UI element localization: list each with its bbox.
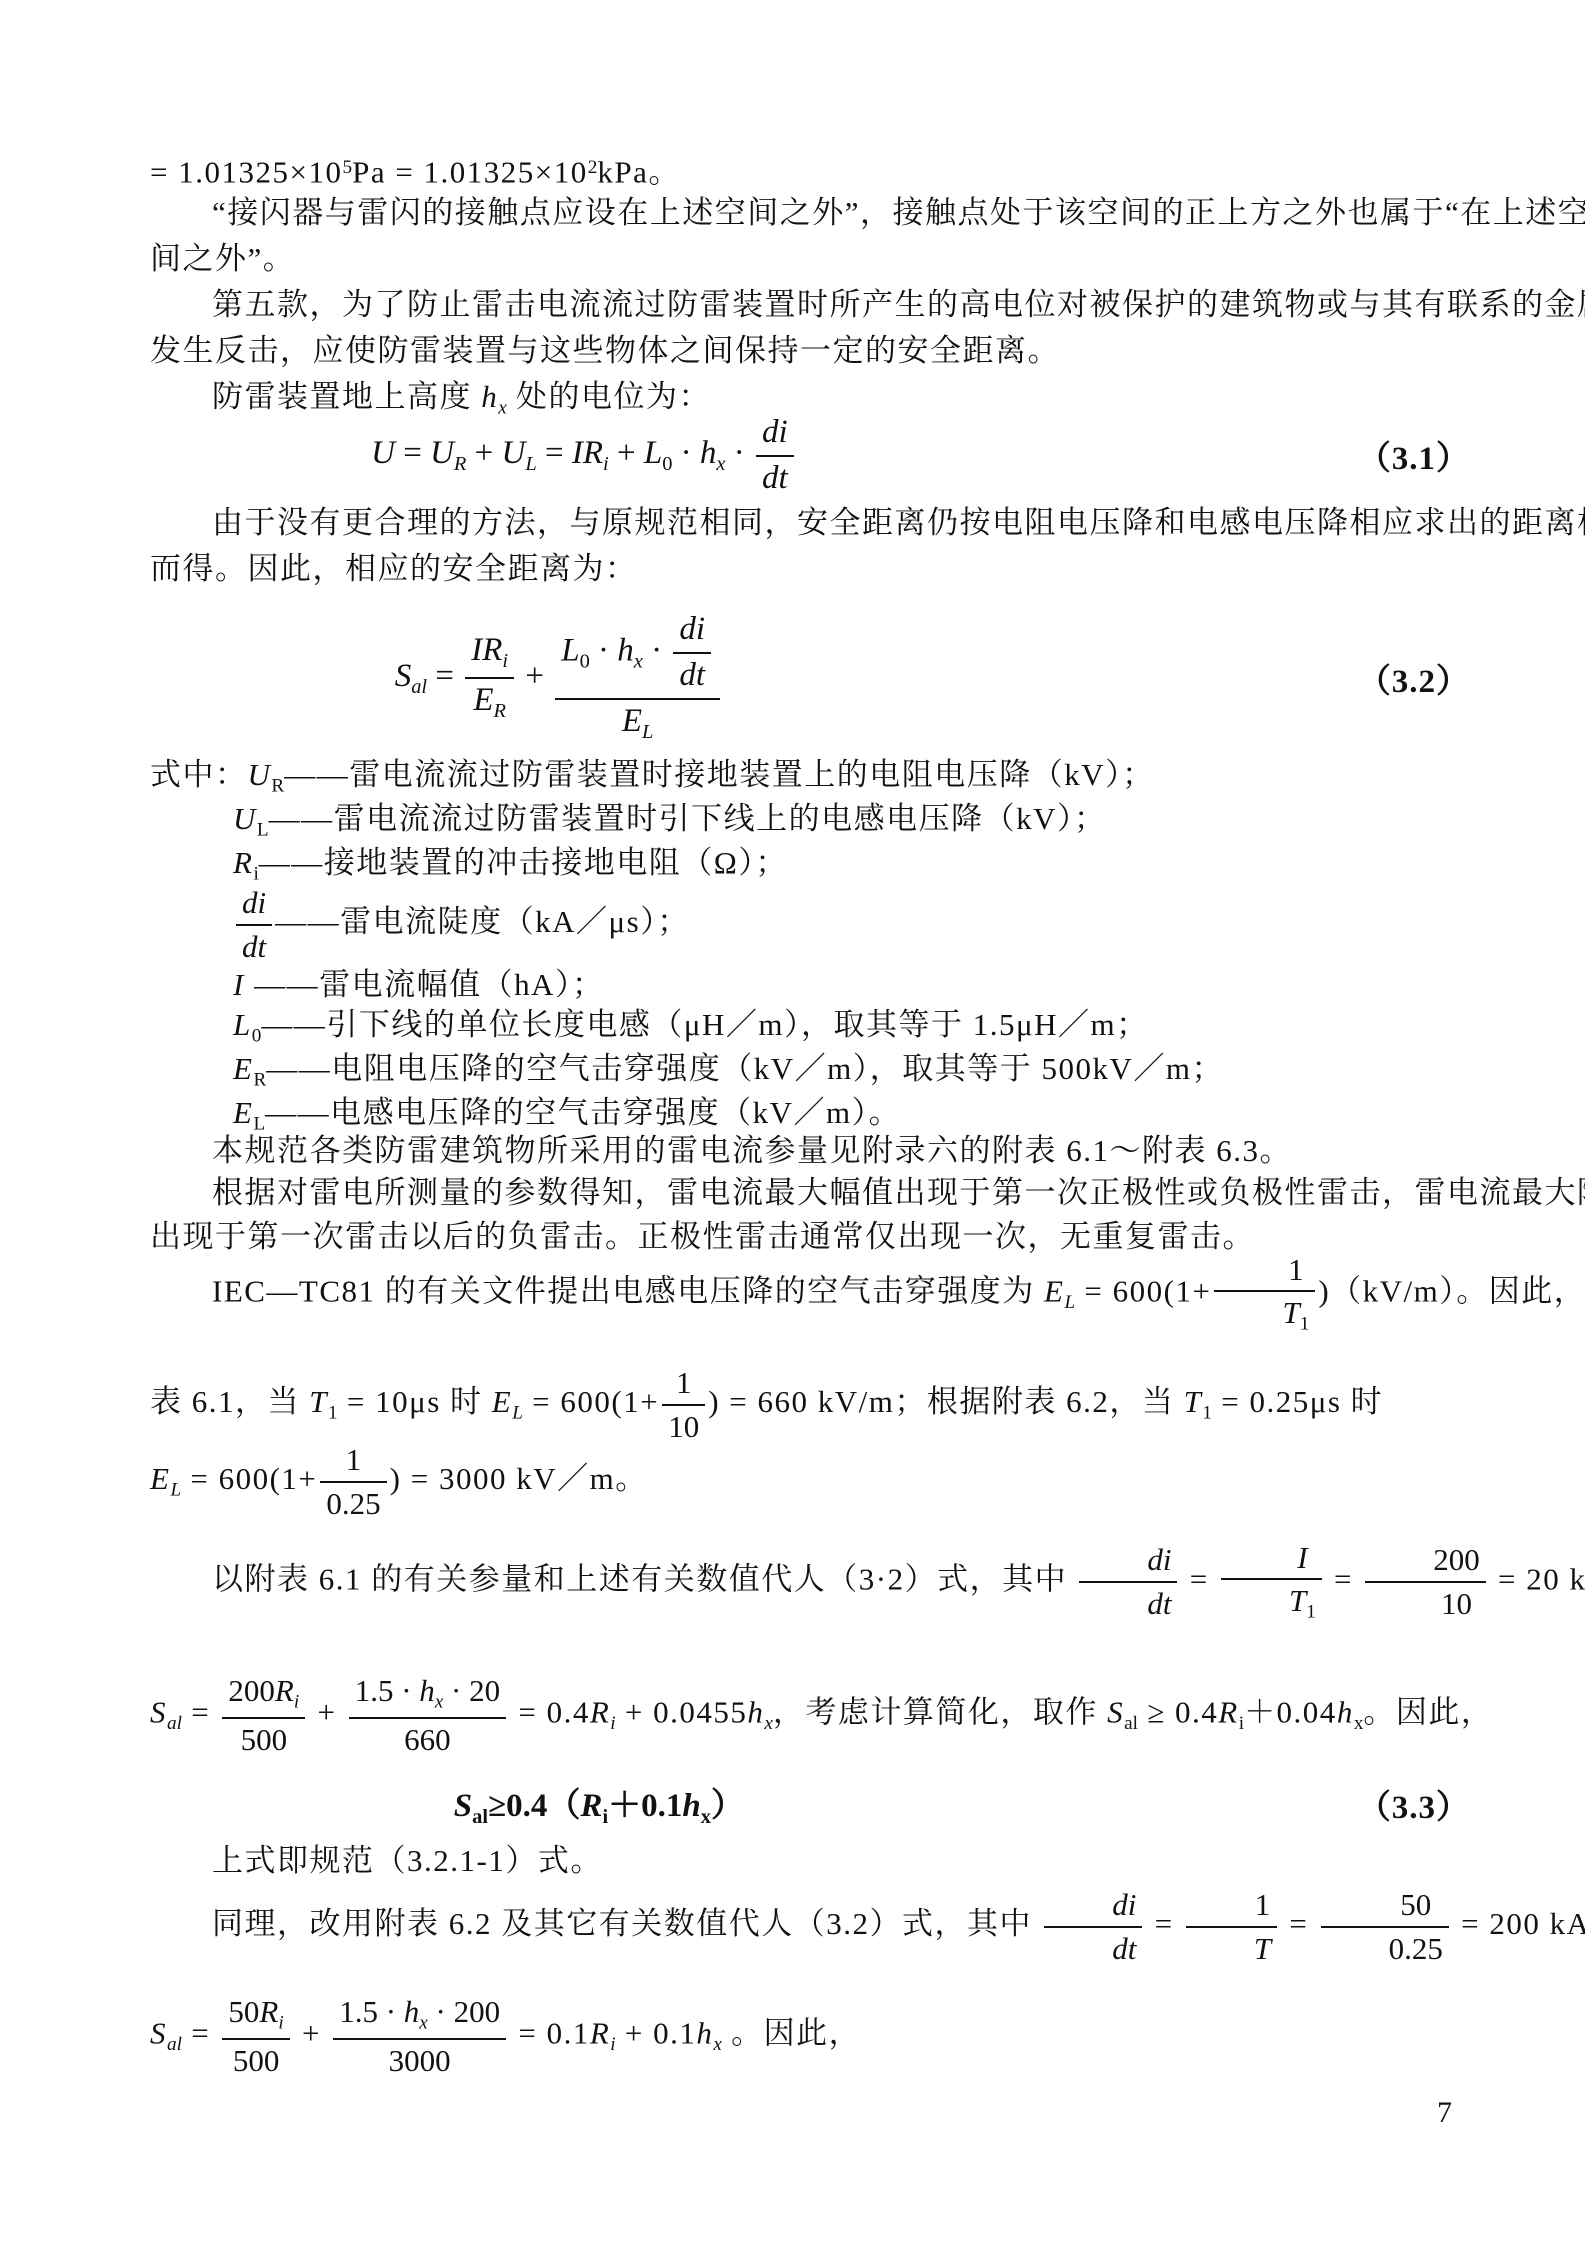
text-token: 10 <box>668 1409 699 1444</box>
text-token: = 20 kA/μs，得 <box>1489 1561 1585 1596</box>
text-token: = 600(1+ <box>181 1461 317 1496</box>
text-token: = <box>537 435 572 471</box>
fraction: 1T <box>1186 1887 1277 1966</box>
denominator: ER <box>465 677 514 724</box>
text-token: ——引下线的单位长度电感（μH／m），取其等于 1.5μH／m； <box>261 1007 1148 1042</box>
text-token: + <box>517 658 552 694</box>
subscript-token: x <box>713 2034 722 2055</box>
subscript-token: L <box>170 1480 181 1501</box>
text-token: = 0.4 <box>509 1694 590 1729</box>
text-token: ——雷电流流过防雷装置时引下线上的电感电压降（kV）； <box>269 801 1107 836</box>
numerator: 200Ri <box>222 1673 305 1717</box>
text-token: 1.5 · <box>355 1673 420 1708</box>
italic-token: E <box>473 682 493 718</box>
text-token: 1 <box>1288 1252 1304 1287</box>
subscript-token: al <box>411 676 427 698</box>
denominator: 3000 <box>333 2038 506 2079</box>
equation-3-3-row: Sal≥0.4（Ri＋0.1hx） （3.3） <box>150 1782 1470 1827</box>
body-line-clause5-1: 第五款，为了防止雷击电流流过防雷装置时所产生的高电位对被保护的建筑物或与其有联系… <box>150 282 1470 327</box>
italic-token: dt <box>679 657 705 693</box>
italic-token: S <box>150 2015 167 2050</box>
text-token: 。因此， <box>1363 1694 1493 1729</box>
italic-token: T <box>1184 1384 1203 1419</box>
italic-token: di <box>1112 1887 1136 1922</box>
body-line-sal-calc-2: Sal = 50Ri500 + 1.5 · hx · 2003000 = 0.1… <box>150 1990 1470 2082</box>
subscript-token: x <box>1354 1713 1364 1734</box>
italic-token: dt <box>242 929 266 964</box>
numerator: 200 <box>1365 1542 1486 1581</box>
text-token: 3000 <box>389 2043 451 2078</box>
subscript-token: i <box>294 1691 299 1712</box>
fraction: 20010 <box>1365 1542 1486 1621</box>
text-token: = 600(1+ <box>523 1384 659 1419</box>
equation-3-3: Sal≥0.4（Ri＋0.1hx） <box>150 1779 1358 1829</box>
denominator: T1 <box>1221 1578 1322 1624</box>
body-line-method-1: 由于没有更合理的方法，与原规范相同，安全距离仍按电阻电压降和电感电压降相应求出的… <box>150 500 1470 545</box>
fraction: 1.5 · hx · 2003000 <box>333 1994 506 2078</box>
text-token: = <box>1325 1561 1362 1596</box>
italic-token: di <box>1147 1542 1171 1577</box>
subscript-token: L <box>257 820 269 841</box>
italic-token: R <box>233 845 253 880</box>
fraction: L0 · hx · didtEL <box>555 611 720 745</box>
subscript-token: x <box>701 1807 711 1829</box>
text-token: 表 6.1，当 <box>150 1384 309 1419</box>
text-token: = <box>395 435 430 471</box>
text-token: 660 <box>404 1722 451 1757</box>
fraction: didt <box>673 611 711 695</box>
italic-token: h <box>1337 1694 1354 1729</box>
text-token: 1 <box>676 1365 692 1400</box>
equation-3-2-row: Sal = IRiER + L0 · hx · didtEL （3.2） <box>150 588 1470 768</box>
subscript-token: al <box>167 2034 182 2055</box>
fraction: didt <box>1079 1542 1177 1621</box>
subscript-token: R <box>454 453 466 475</box>
italic-token: dt <box>1147 1586 1171 1621</box>
equation-3-1-number: （3.1） <box>1358 432 1470 479</box>
text-token: = <box>427 658 462 694</box>
text-token: 同理，改用附表 6.2 及其它有关数值代人（3.2）式，其中 <box>212 1906 1041 1941</box>
numerator: di <box>756 414 794 455</box>
equation-3-1: U = UR + UL = IRi + L0 · hx · didt <box>150 414 1358 498</box>
subscript-token: 1 <box>328 1403 338 1424</box>
italic-token: di <box>679 611 705 647</box>
body-line-table61-calc: 表 6.1，当 T1 = 10μs 时 EL = 600(1+110) = 66… <box>150 1362 1470 1448</box>
text-token: 式中： <box>150 757 248 792</box>
subscript-token: 1 <box>1202 1403 1212 1424</box>
text-token: = 10μs 时 <box>338 1384 492 1419</box>
italic-token: di <box>762 414 788 450</box>
text-token: ——电阻电压降的空气击穿强度（kV／m），取其等于 500kV／m； <box>266 1051 1224 1086</box>
denominator: dt <box>236 924 272 965</box>
definition-didt: didt——雷电流陡度（kA／μs）； <box>233 880 1470 970</box>
italic-token: h <box>404 1994 420 2029</box>
body-line-pressure-conversion: = 1.01325×105Pa = 1.01325×102kPa。 <box>150 145 1470 195</box>
text-token: = <box>1280 1906 1317 1941</box>
text-token: )（kV/m）。因此，根据附 <box>1318 1273 1585 1308</box>
subscript-token: i <box>278 2012 283 2033</box>
body-line-quote-1: “接闪器与雷闪的接触点应设在上述空间之外”，接触点处于该空间的正上方之外也属于“… <box>150 190 1470 235</box>
subscript-token: x <box>764 1713 773 1734</box>
italic-token: L <box>233 1007 252 1042</box>
fraction: didt <box>756 414 794 498</box>
italic-token: U <box>371 435 395 471</box>
text-token: ≥0.4（ <box>488 1788 580 1824</box>
text-token: = <box>1180 1561 1217 1596</box>
denominator: dt <box>1044 1926 1142 1967</box>
body-line-el-3000: EL = 600(1+10.25) = 3000 kV／m。 <box>150 1440 1470 1524</box>
body-line-sal-calc-1: Sal = 200Ri500 + 1.5 · hx · 20660 = 0.4R… <box>150 1672 1470 1758</box>
italic-token: dt <box>1112 1931 1136 1966</box>
denominator: 660 <box>349 1717 506 1758</box>
text-token: + <box>466 435 501 471</box>
subscript-token: R <box>494 700 506 722</box>
text-token: = <box>1145 1906 1182 1941</box>
page-number: 7 <box>1437 2096 1452 2130</box>
subscript-token: i <box>502 650 508 672</box>
text-token: 500 <box>241 1722 288 1757</box>
denominator: EL <box>555 698 720 745</box>
numerator: di <box>1044 1887 1142 1926</box>
italic-token: IR <box>572 435 603 471</box>
subscript-token: al <box>472 1807 488 1829</box>
text-token: IEC—TC81 的有关文件提出电感电压降的空气击穿强度为 <box>212 1273 1044 1308</box>
equation-3-2-number: （3.2） <box>1358 655 1470 702</box>
body-line-measurement-1: 根据对雷电所测量的参数得知，雷电流最大幅值出现于第一次正极性或负极性雷击，雷电流… <box>150 1170 1470 1215</box>
text-token: + 0.0455 <box>616 1694 748 1729</box>
text-token: 200 <box>228 1673 275 1708</box>
body-line-appendix-ref: 本规范各类防雷建筑物所采用的雷电流参量见附录六的附表 6.1～附表 6.3。 <box>150 1128 1470 1173</box>
text-token: ——电感电压降的空气击穿强度（kV／m）。 <box>265 1095 901 1130</box>
text-token: ≥ 0.4 <box>1138 1694 1218 1729</box>
italic-token: U <box>430 435 454 471</box>
subscript-token: L <box>642 721 653 743</box>
body-line-substitute-62: 同理，改用附表 6.2 及其它有关数值代人（3.2）式，其中 didt = 1T… <box>150 1884 1470 1970</box>
subscript-token: 1 <box>1306 1602 1316 1623</box>
denominator: dt <box>1079 1581 1177 1622</box>
numerator: 50Ri <box>222 1994 289 2038</box>
text-token: · <box>725 435 753 471</box>
italic-token: h <box>419 1673 435 1708</box>
italic-token: R <box>580 1788 602 1824</box>
text-token: · <box>643 633 671 669</box>
subscript-token: R <box>253 1070 266 1091</box>
italic-token: IR <box>471 632 502 668</box>
equation-3-1-row: U = UR + UL = IRi + L0 · hx · didt （3.1） <box>150 408 1470 503</box>
text-token: ——接地装置的冲击接地电阻（Ω）； <box>259 845 788 880</box>
text-token: · <box>672 435 700 471</box>
subscript-token: 0 <box>662 453 672 475</box>
text-token: · 200 <box>428 1994 500 2029</box>
denominator: 10 <box>1365 1581 1486 1622</box>
italic-token: T <box>1282 1295 1299 1330</box>
subscript-token: 0 <box>252 1026 262 1047</box>
text-token: 200 <box>1433 1542 1480 1577</box>
equation-3-2: Sal = IRiER + L0 · hx · didtEL <box>150 611 1358 745</box>
text-token: ） <box>711 1788 744 1824</box>
text-token: 500 <box>233 2043 280 2078</box>
text-token: 0.25 <box>1389 1931 1443 1966</box>
text-token: ，考虑计算简化，取作 <box>773 1694 1107 1729</box>
italic-token: h <box>700 435 717 471</box>
italic-token: R <box>275 1673 294 1708</box>
document-page: = 1.01325×105Pa = 1.01325×102kPa。 “接闪器与雷… <box>0 0 1585 2244</box>
numerator: 50 <box>1321 1887 1449 1926</box>
subscript-token: 0 <box>580 651 590 673</box>
italic-token: T <box>1254 1931 1271 1966</box>
text-token: 50 <box>1400 1887 1431 1922</box>
text-token: · <box>590 633 618 669</box>
denominator: 500 <box>222 2038 289 2079</box>
text-token: + <box>308 1694 345 1729</box>
italic-token: U <box>233 801 257 836</box>
text-token: ——雷电流幅值（hA）； <box>245 967 605 1002</box>
subscript-token: R <box>271 776 284 797</box>
text-token: + <box>609 435 644 471</box>
text-token: Pa = 1.01325×10 <box>352 155 588 190</box>
text-token: ) = 660 kV/m；根据附表 6.2，当 <box>708 1384 1183 1419</box>
fraction: didt <box>1044 1887 1142 1966</box>
italic-token: T <box>1289 1583 1306 1618</box>
superscript-token: 5 <box>342 157 352 178</box>
denominator: dt <box>756 455 794 498</box>
subscript-token: 1 <box>1300 1314 1310 1335</box>
text-token: = <box>182 2015 219 2050</box>
text-token: 50 <box>228 1994 259 2029</box>
italic-token: E <box>622 703 642 739</box>
text-token: ——雷电流流过防雷装置时接地装置上的电阻电压降（kV）； <box>284 757 1154 792</box>
superscript-token: 2 <box>588 157 598 178</box>
fraction: didt <box>236 885 272 964</box>
subscript-token: al <box>167 1713 182 1734</box>
text-token: 1 <box>1255 1887 1271 1922</box>
italic-token: L <box>644 435 662 471</box>
text-token: 1 <box>346 1442 362 1477</box>
italic-token: h <box>747 1694 764 1729</box>
text-token: ——雷电流陡度（kA／μs）； <box>275 904 690 939</box>
subscript-token: x <box>634 651 643 673</box>
equation-3-3-number: （3.3） <box>1358 1781 1470 1828</box>
body-line-quote-2: 间之外”。 <box>150 236 1470 281</box>
italic-token: S <box>454 1788 472 1824</box>
text-token: = 1.01325×10 <box>150 155 342 190</box>
italic-token: h <box>682 1788 700 1824</box>
numerator: 1.5 · hx · 20 <box>349 1673 506 1717</box>
italic-token: U <box>502 435 526 471</box>
italic-token: h <box>696 2015 713 2050</box>
text-token: ＋0.1 <box>608 1788 682 1824</box>
italic-token: dt <box>762 460 788 496</box>
italic-token: E <box>233 1095 253 1130</box>
numerator: 1 <box>320 1442 386 1481</box>
fraction: 500.25 <box>1321 1887 1449 1966</box>
text-token: ) = 3000 kV／m。 <box>390 1461 648 1496</box>
text-token: 以附表 6.1 的有关参量和上述有关数值代人（3·2）式，其中 <box>212 1561 1076 1596</box>
definition-I: I ——雷电流幅值（hA）； <box>233 962 1470 1007</box>
denominator: T <box>1186 1926 1277 1967</box>
numerator: 1 <box>662 1365 705 1404</box>
italic-token: S <box>1107 1694 1124 1729</box>
denominator: 10 <box>662 1404 705 1445</box>
denominator: 0.25 <box>1321 1926 1449 1967</box>
fraction: IT1 <box>1221 1540 1322 1624</box>
subscript-token: x <box>419 2012 428 2033</box>
fraction: IRiER <box>465 632 514 723</box>
text-token: = <box>182 1694 219 1729</box>
subscript-token: L <box>512 1403 523 1424</box>
fraction: 50Ri500 <box>222 1994 289 2078</box>
italic-token: I <box>233 967 245 1002</box>
body-line-clause5-2: 发生反击，应使防雷装置与这些物体之间保持一定的安全距离。 <box>150 328 1470 373</box>
text-token: 0.25 <box>326 1486 380 1521</box>
subscript-token: L <box>1064 1292 1075 1313</box>
text-token: + <box>293 2015 330 2050</box>
text-token: = 600(1+ <box>1075 1273 1211 1308</box>
numerator: 1 <box>1214 1252 1315 1291</box>
italic-token: L <box>561 633 579 669</box>
text-token: = 0.1 <box>509 2015 590 2050</box>
italic-token: R <box>590 2015 610 2050</box>
fraction: 110 <box>662 1365 705 1444</box>
denominator: dt <box>673 652 711 695</box>
numerator: di <box>673 611 711 652</box>
fraction: 1.5 · hx · 20660 <box>349 1673 506 1757</box>
italic-token: U <box>248 757 272 792</box>
body-line-iec-tc81: IEC—TC81 的有关文件提出电感电压降的空气击穿强度为 EL = 600(1… <box>150 1252 1470 1336</box>
italic-token: h <box>617 633 634 669</box>
fraction: 1T1 <box>1214 1252 1315 1336</box>
text-token: ＋0.04 <box>1244 1694 1337 1729</box>
text-token: · 20 <box>443 1673 500 1708</box>
fraction: 10.25 <box>320 1442 386 1521</box>
text-token: 10 <box>1441 1586 1472 1621</box>
italic-token: I <box>1297 1540 1307 1575</box>
denominator: 500 <box>222 1717 305 1758</box>
italic-token: S <box>395 658 412 694</box>
subscript-token: al <box>1124 1713 1138 1734</box>
numerator: L0 · hx · didt <box>555 611 720 698</box>
fraction: 200Ri500 <box>222 1673 305 1757</box>
italic-token: T <box>309 1384 328 1419</box>
denominator: T1 <box>1214 1290 1315 1336</box>
text-token: 。因此， <box>722 2015 861 2050</box>
italic-token: R <box>1218 1694 1238 1729</box>
numerator: di <box>1079 1542 1177 1581</box>
italic-token: di <box>242 885 266 920</box>
numerator: di <box>236 885 272 924</box>
text-token: = 200 kA/S，得 <box>1452 1906 1585 1941</box>
italic-token: E <box>233 1051 253 1086</box>
subscript-token: L <box>525 453 536 475</box>
numerator: 1 <box>1186 1887 1277 1926</box>
numerator: I <box>1221 1540 1322 1579</box>
italic-token: E <box>1044 1273 1064 1308</box>
text-token: 1.5 · <box>339 1994 404 2029</box>
text-token: = 0.25μs 时 <box>1212 1384 1383 1419</box>
italic-token: E <box>492 1384 512 1419</box>
italic-token: R <box>259 1994 278 2029</box>
text-token: kPa。 <box>597 155 681 190</box>
numerator: IRi <box>465 632 514 677</box>
numerator: 1.5 · hx · 200 <box>333 1994 506 2038</box>
body-line-norm-ref: 上式即规范（3.2.1-1）式。 <box>150 1838 1470 1883</box>
italic-token: E <box>150 1461 170 1496</box>
denominator: 0.25 <box>320 1481 386 1522</box>
italic-token: R <box>590 1694 610 1729</box>
italic-token: S <box>150 1694 167 1729</box>
body-line-method-2: 而得。因此，相应的安全距离为： <box>150 546 1470 591</box>
body-line-substitute-61: 以附表 6.1 的有关参量和上述有关数值代人（3·2）式，其中 didt = I… <box>150 1540 1470 1624</box>
text-token: + 0.1 <box>616 2015 697 2050</box>
